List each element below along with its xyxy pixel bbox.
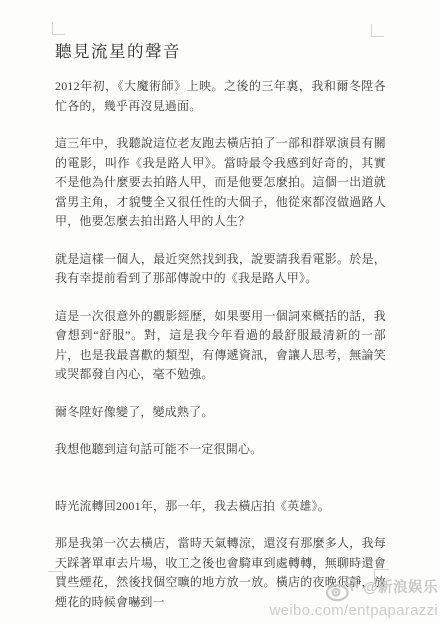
paragraph: 這三年中，我聽說這位老友跑去橫店拍了一部和群眾演員有關的電影，叫作《我是路人甲》… <box>55 134 386 232</box>
crop-mark-top-right <box>371 24 384 37</box>
paragraph: 2012年初，《大魔術師》上映。之後的三年裏，我和爾冬陞各忙各的，幾乎再沒見過面… <box>55 77 386 116</box>
paragraph: 我想他聽到這句話可能不一定很開心。 <box>55 440 386 460</box>
page-title: 聽見流星的聲音 <box>55 38 386 62</box>
crop-mark-top-left <box>52 22 65 35</box>
paragraph: 就是這樣一個人，最近突然找到我，說要請我看電影。於是，我有幸提前看到了那部傳說中… <box>55 250 386 289</box>
paragraph: 時光流轉回2001年，那一年，我去橫店拍《英雄》。 <box>55 497 386 517</box>
paragraph: 這是一次很意外的觀影經歷，如果要用一個詞來概括的話，我會想到“舒服”。對，這是我… <box>55 307 386 385</box>
document-page: 聽見流星的聲音 2012年初，《大魔術師》上映。之後的三年裏，我和爾冬陞各忙各的… <box>0 0 440 623</box>
watermark-url: weibo.com/entpaparazzi <box>270 603 438 619</box>
article-body: 聽見流星的聲音 2012年初，《大魔術師》上映。之後的三年裏，我和爾冬陞各忙各的… <box>55 38 386 623</box>
paragraph: 爾冬陞好像變了，變成熟了。 <box>55 403 386 423</box>
watermark-handle: @新浪娱乐 <box>363 581 438 596</box>
watermark: @新浪娱乐 weibo.com/entpaparazzi <box>270 574 438 619</box>
weibo-logo-icon <box>324 574 360 602</box>
